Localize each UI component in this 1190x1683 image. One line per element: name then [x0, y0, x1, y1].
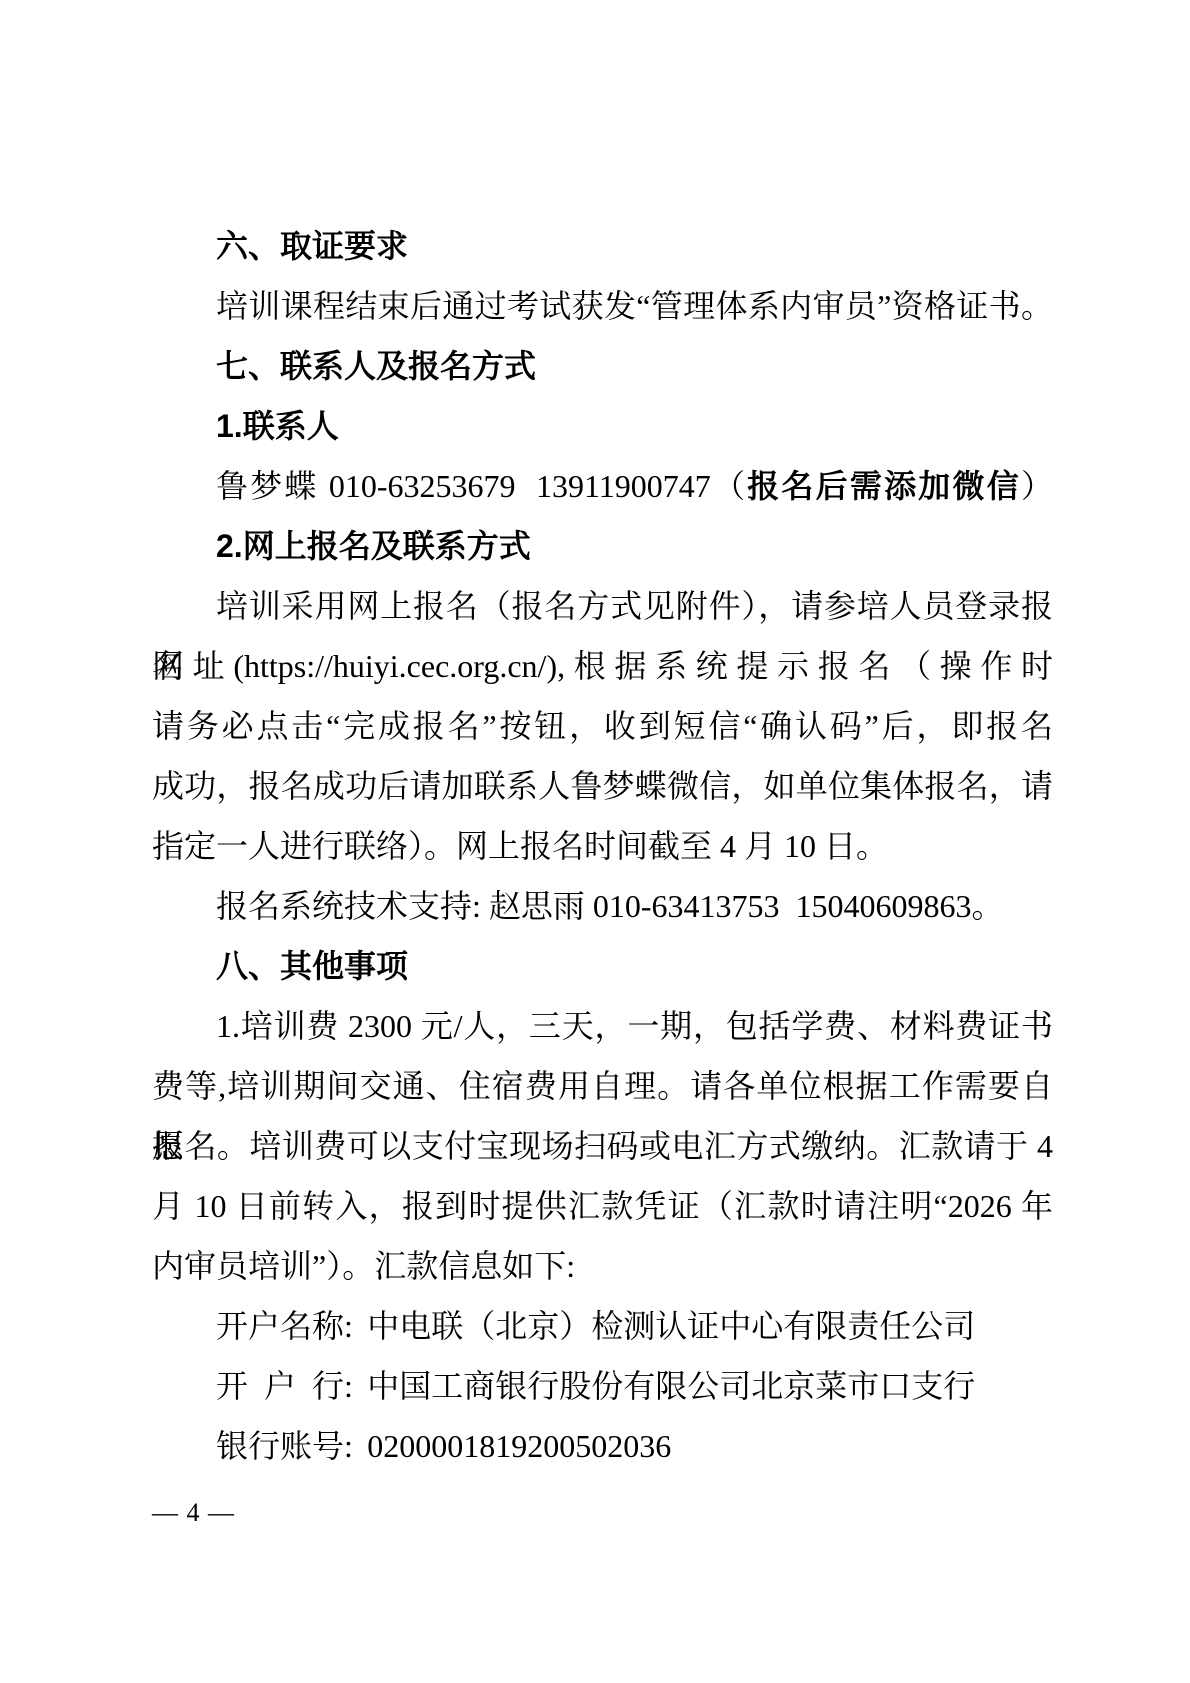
- paragraph-line: 内审员培训”）。汇款信息如下:: [152, 1236, 1053, 1296]
- paragraph-line: 请务必点击“完成报名”按钮，收到短信“确认码”后，即报名: [152, 696, 1053, 756]
- bank-account-name-value: 中电联（北京）检测认证中心有限责任公司: [367, 1308, 975, 1344]
- paragraph-line: 培训采用网上报名（报名方式见附件），请参培人员登录报名: [152, 576, 1053, 636]
- bank-branch-row: 开 户 行:中国工商银行股份有限公司北京菜市口支行: [152, 1356, 1053, 1416]
- bank-account-name-row: 开户名称:中电联（北京）检测认证中心有限责任公司: [152, 1296, 1053, 1356]
- paragraph-line: 1.培训费 2300 元/人，三天，一期，包括学费、材料费证书: [152, 996, 1053, 1056]
- paragraph-line: 成功，报名成功后请加联系人鲁梦蝶微信，如单位集体报名，请: [152, 756, 1053, 816]
- section-7-sub2-heading: 2.网上报名及联系方式: [152, 516, 1053, 576]
- section-7-heading: 七、联系人及报名方式: [152, 336, 1053, 396]
- paragraph-line: 网址(https://huiyi.cec.org.cn/),根据系统提示报名（操…: [152, 636, 1053, 696]
- paragraph-line: 月 10 日前转入，报到时提供汇款凭证（汇款时请注明“2026 年: [152, 1176, 1053, 1236]
- bank-branch-value: 中国工商银行股份有限公司北京菜市口支行: [367, 1368, 975, 1404]
- bank-branch-label: 开 户 行:: [216, 1368, 353, 1404]
- bank-account-name-label: 开户名称:: [216, 1308, 353, 1344]
- document-page: 六、取证要求 培训课程结束后通过考试获发“管理体系内审员”资格证书。 七、联系人…: [0, 0, 1190, 1683]
- contact-close-paren: ）: [1021, 468, 1053, 504]
- bank-account-number-row: 银行账号:0200001819200502036: [152, 1416, 1053, 1476]
- section-6-heading: 六、取证要求: [152, 216, 1053, 276]
- contact-wechat-note: 报名后需添加微信: [747, 468, 1021, 504]
- section-7-sub1-heading: 1.联系人: [152, 396, 1053, 456]
- tech-support-line: 报名系统技术支持: 赵思雨 010-63413753 15040609863。: [152, 876, 1053, 936]
- contact-info: 鲁梦蝶 010-63253679 13911900747（: [216, 468, 747, 504]
- paragraph-line: 指定一人进行联络）。网上报名时间截至 4 月 10 日。: [152, 816, 1053, 876]
- paragraph-line: 费等,培训期间交通、住宿费用自理。请各单位根据工作需要自愿: [152, 1056, 1053, 1116]
- bank-account-number-label: 银行账号:: [216, 1428, 353, 1464]
- paragraph-line: 报名。培训费可以支付宝现场扫码或电汇方式缴纳。汇款请于 4: [152, 1116, 1053, 1176]
- section-6-body: 培训课程结束后通过考试获发“管理体系内审员”资格证书。: [152, 276, 1053, 336]
- page-number: — 4 —: [152, 1483, 235, 1543]
- document-content: 六、取证要求 培训课程结束后通过考试获发“管理体系内审员”资格证书。 七、联系人…: [152, 216, 1053, 1476]
- section-8-heading: 八、其他事项: [152, 936, 1053, 996]
- bank-account-number-value: 0200001819200502036: [367, 1428, 671, 1464]
- contact-line: 鲁梦蝶 010-63253679 13911900747（报名后需添加微信）: [152, 456, 1053, 516]
